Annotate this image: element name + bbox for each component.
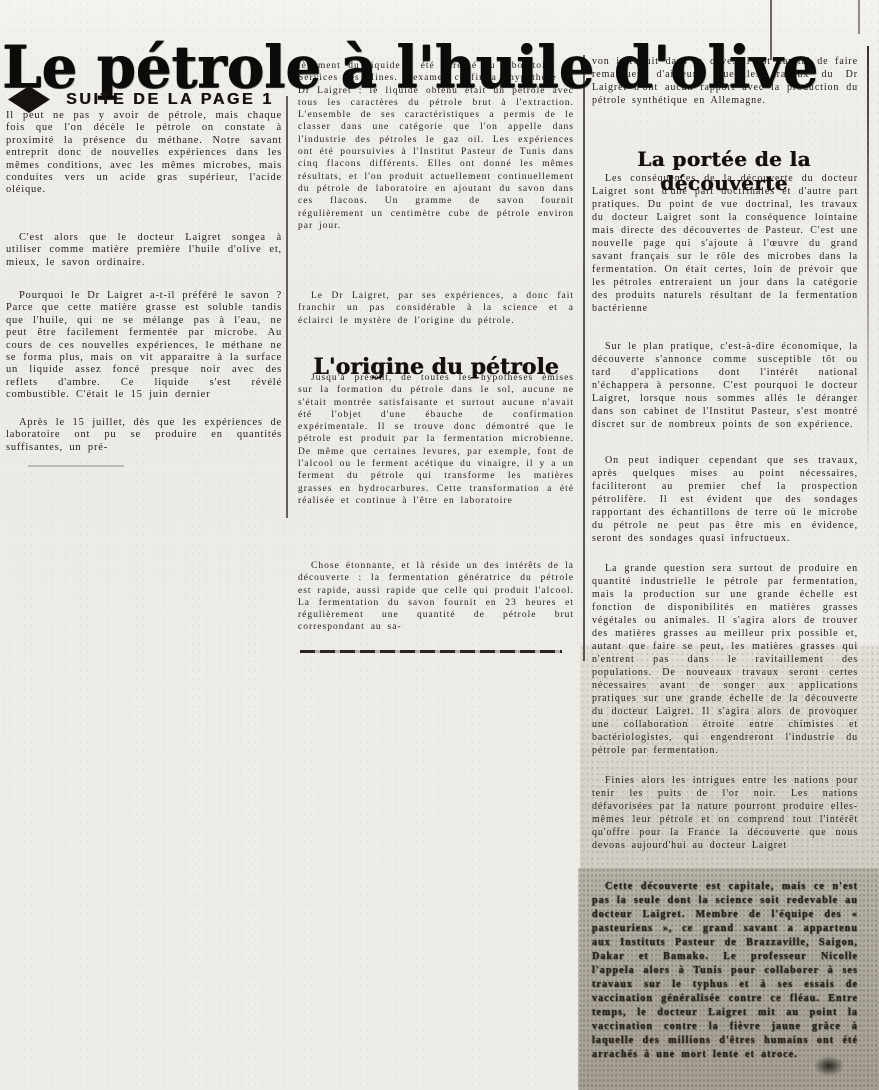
kicker-label: SUITE DE LA PAGE 1: [66, 91, 274, 109]
newspaper-clipping: Le pétrole à l'huile d'olive SUITE DE LA…: [0, 0, 879, 1090]
faint-rule: [28, 465, 124, 467]
article-paragraph: Il peut ne pas y avoir de pétrole, mais …: [6, 110, 282, 197]
article-paragraph: On peut indiquer cependant que ses trava…: [592, 454, 858, 545]
article-paragraph: Le Dr Laigret, par ses expériences, a do…: [298, 290, 574, 327]
paragraph-text: La grande question sera surtout de produ…: [592, 562, 858, 757]
column-divider: [286, 96, 288, 518]
paragraph-text: Jusqu'à présent, de toutes les hypothèse…: [298, 372, 574, 507]
article-paragraph: Chose étonnante, et là réside un des int…: [298, 560, 574, 634]
continuation-kicker: SUITE DE LA PAGE 1: [8, 86, 274, 113]
paragraph-text: Pourquoi le Dr Laigret a-t-il préféré le…: [6, 290, 282, 402]
article-paragraph: C'est alors que le docteur Laigret songe…: [6, 232, 282, 269]
article-paragraph: Sur le plan pratique, c'est-à-dire écono…: [592, 340, 858, 431]
article-paragraph: Jusqu'à présent, de toutes les hypothèse…: [298, 372, 574, 507]
article-paragraph: La grande question sera surtout de produ…: [592, 562, 858, 757]
paragraph-text: Sur le plan pratique, c'est-à-dire écono…: [592, 340, 858, 431]
article-paragraph: Finies alors les intrigues entre les nat…: [592, 774, 858, 852]
paragraph-text: Les conséquences de la découverte du doc…: [592, 172, 858, 315]
paragraph-text: Le Dr Laigret, par ses expériences, a do…: [298, 290, 574, 327]
column-divider: [867, 46, 869, 476]
paragraph-text: Finies alors les intrigues entre les nat…: [592, 774, 858, 852]
ink-blot: [814, 1056, 844, 1076]
paragraph-text: C'est alors que le docteur Laigret songe…: [6, 232, 282, 269]
paragraph-text: Cette découverte est capitale, mais ce n…: [592, 880, 858, 1062]
article-paragraph: Pourquoi le Dr Laigret a-t-il préféré le…: [6, 290, 282, 402]
column-divider: [858, 0, 860, 34]
paragraph-text: Chose étonnante, et là réside un des int…: [298, 560, 574, 634]
diamond-icon: [8, 86, 50, 113]
paragraph-text: Il peut ne pas y avoir de pétrole, mais …: [6, 110, 282, 197]
paragraph-text: On peut indiquer cependant que ses trava…: [592, 454, 858, 545]
article-paragraph: Les conséquences de la découverte du doc…: [592, 172, 858, 315]
column-divider: [583, 55, 585, 661]
section-end-rule: [300, 650, 562, 653]
paragraph-text: Après le 15 juillet, dès que les expérie…: [6, 417, 282, 454]
article-paragraph: Après le 15 juillet, dès que les expérie…: [6, 417, 282, 454]
article-paragraph-degraded: Cette découverte est capitale, mais ce n…: [592, 880, 858, 1062]
